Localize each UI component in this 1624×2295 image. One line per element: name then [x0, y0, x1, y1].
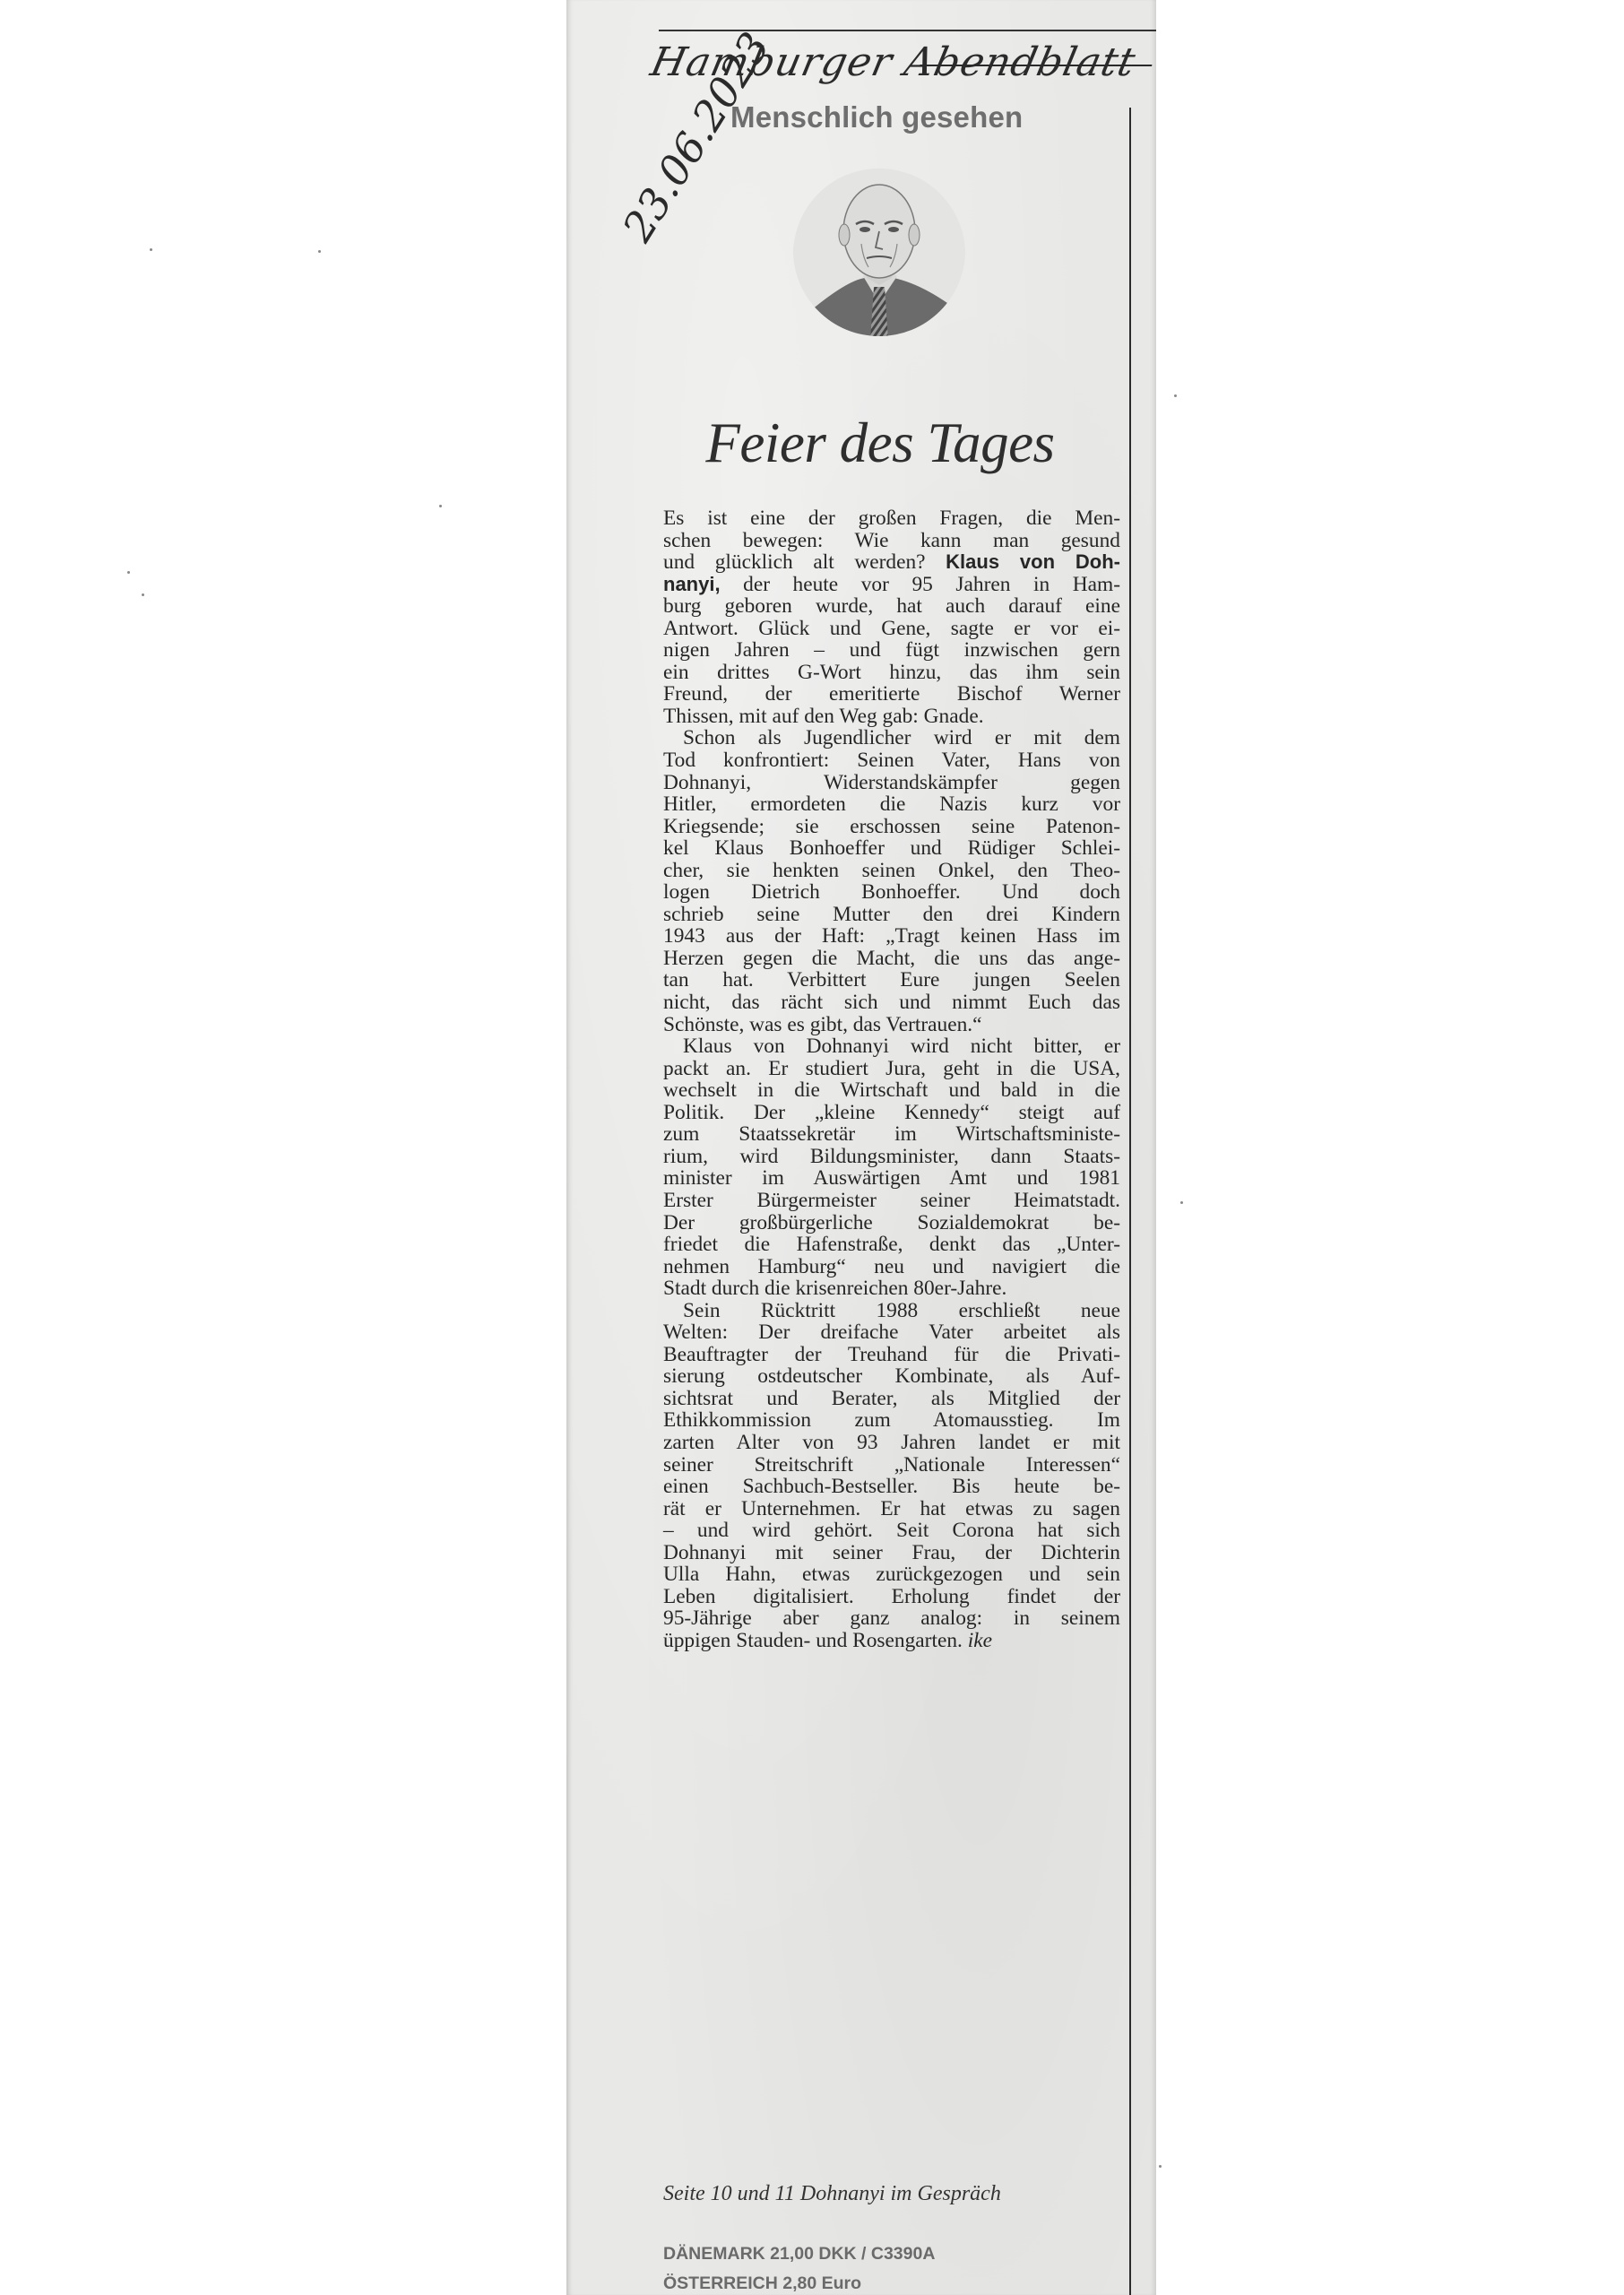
article-line: nicht, das rächt sich und nimmt Euch das	[663, 992, 1120, 1014]
author-signature: ike	[968, 1629, 992, 1652]
article-line: Sein Rücktritt 1988 erschließt neue	[663, 1300, 1120, 1322]
column-rule-divider	[1129, 108, 1131, 2295]
article-line: packt an. Er studiert Jura, geht in die …	[663, 1058, 1120, 1080]
article-line: Antwort. Glück und Gene, sagte er vor ei…	[663, 618, 1120, 640]
article-line: seiner Streitschrift „Nationale Interess…	[663, 1454, 1120, 1477]
article-line: nanyi, der heute vor 95 Jahren in Ham-	[663, 574, 1120, 596]
subject-name-bold: nanyi,	[663, 573, 721, 595]
article-line: Beauftragter der Treuhand für die Privat…	[663, 1344, 1120, 1366]
article-line: Klaus von Dohnanyi wird nicht bitter, er	[663, 1035, 1120, 1058]
newspaper-clipping: Hamburger Abendblatt Menschlich gesehen …	[566, 0, 1156, 2295]
article-line: Schon als Jugendlicher wird er mit dem	[663, 727, 1120, 749]
article-line: Kriegsende; sie erschossen seine Patenon…	[663, 816, 1120, 838]
article-line: üppigen Stauden- und Rosengarten. ike	[663, 1630, 1120, 1652]
article-line: rät er Unternehmen. Er hat etwas zu sage…	[663, 1498, 1120, 1520]
article-body: Es ist eine der großen Fragen, die Men-s…	[663, 507, 1120, 1651]
cross-reference-note: Seite 10 und 11 Dohnanyi im Gespräch	[663, 2182, 1001, 2206]
price-line-austria: ÖSTERREICH 2,80 Euro	[663, 2273, 861, 2294]
article-line: rium, wird Bildungsminister, dann Staats…	[663, 1146, 1120, 1168]
article-line: Ethikkommission zum Atomausstieg. Im	[663, 1409, 1120, 1432]
article-line: Welten: Der dreifache Vater arbeitet als	[663, 1321, 1120, 1344]
article-line: kel Klaus Bonhoeffer und Rüdiger Schlei-	[663, 837, 1120, 860]
article-line: Erster Bürgermeister seiner Heimatstadt.	[663, 1190, 1120, 1212]
article-line: zarten Alter von 93 Jahren landet er mit	[663, 1432, 1120, 1454]
article-line: Stadt durch die krisenreichen 80er-Jahre…	[663, 1277, 1120, 1300]
scan-speck	[1180, 1201, 1183, 1204]
article-line: minister im Auswärtigen Amt und 1981	[663, 1167, 1120, 1190]
article-line: Leben digitalisiert. Erholung findet der	[663, 1586, 1120, 1608]
scan-speck	[318, 250, 321, 253]
price-line-denmark: DÄNEMARK 21,00 DKK / C3390A	[663, 2244, 935, 2265]
article-line: Politik. Der „kleine Kennedy“ steigt auf	[663, 1102, 1120, 1124]
article-line: Tod konfrontiert: Seinen Vater, Hans von	[663, 749, 1120, 772]
article-line: nigen Jahren – und fügt inzwischen gern	[663, 639, 1120, 662]
article-line: friedet die Hafenstraße, denkt das „Unte…	[663, 1234, 1120, 1256]
article-line: cher, sie henkten seinen Onkel, den Theo…	[663, 860, 1120, 882]
article-line: nehmen Hamburg“ neu und navigiert die	[663, 1256, 1120, 1278]
article-line: Dohnanyi mit seiner Frau, der Dichterin	[663, 1542, 1120, 1564]
article-line: schen bewegen: Wie kann man gesund	[663, 530, 1120, 552]
article-line: 95-Jährige aber ganz analog: in seinem	[663, 1607, 1120, 1630]
article-line: wechselt in die Wirtschaft und bald in d…	[663, 1079, 1120, 1102]
scan-speck	[150, 248, 152, 251]
article-line: Es ist eine der großen Fragen, die Men-	[663, 507, 1120, 530]
scan-speck	[1174, 394, 1177, 397]
portrait-illustration	[793, 169, 965, 341]
scan-speck	[1159, 2165, 1162, 2168]
article-line: – und wird gehört. Seit Corona hat sich	[663, 1520, 1120, 1542]
scan-speck	[439, 505, 442, 507]
article-line: Hitler, ermordeten die Nazis kurz vor	[663, 793, 1120, 816]
article-line: sierung ostdeutscher Kombinate, als Auf-	[663, 1365, 1120, 1388]
scan-speck	[127, 571, 130, 574]
article-line: und glücklich alt werden? Klaus von Doh-	[663, 551, 1120, 574]
article-line: ein drittes G-Wort hinzu, das ihm sein	[663, 662, 1120, 684]
portrait-photo	[793, 169, 965, 341]
article-line: burg geboren wurde, hat auch darauf eine	[663, 595, 1120, 618]
article-line: Der großbürgerliche Sozialdemokrat be-	[663, 1212, 1120, 1234]
article-line: tan hat. Verbittert Eure jungen Seelen	[663, 969, 1120, 992]
section-kicker: Menschlich gesehen	[730, 100, 1023, 134]
article-line: Schönste, was es gibt, das Vertrauen.“	[663, 1014, 1120, 1036]
article-line: Herzen gegen die Macht, die uns das ange…	[663, 948, 1120, 970]
article-line: 1943 aus der Haft: „Tragt keinen Hass im	[663, 925, 1120, 948]
article-line: sichtsrat und Berater, als Mitglied der	[663, 1388, 1120, 1410]
article-line: Ulla Hahn, etwas zurückgezogen und sein	[663, 1563, 1120, 1586]
article-line: zum Staatssekretär im Wirtschaftsministe…	[663, 1123, 1120, 1146]
article-line: einen Sachbuch-Bestseller. Bis heute be-	[663, 1476, 1120, 1498]
article-headline: Feier des Tages	[656, 411, 1104, 476]
article-line: schrieb seine Mutter den drei Kindern	[663, 904, 1120, 926]
article-line: Thissen, mit auf den Weg gab: Gnade.	[663, 706, 1120, 728]
article-line: Dohnanyi, Widerstandskämpfer gegen	[663, 772, 1120, 794]
scan-speck	[142, 593, 144, 596]
article-line: Freund, der emeritierte Bischof Werner	[663, 683, 1120, 706]
subject-name-bold: Klaus von Doh-	[946, 550, 1120, 573]
article-line: logen Dietrich Bonhoeffer. Und doch	[663, 881, 1120, 904]
